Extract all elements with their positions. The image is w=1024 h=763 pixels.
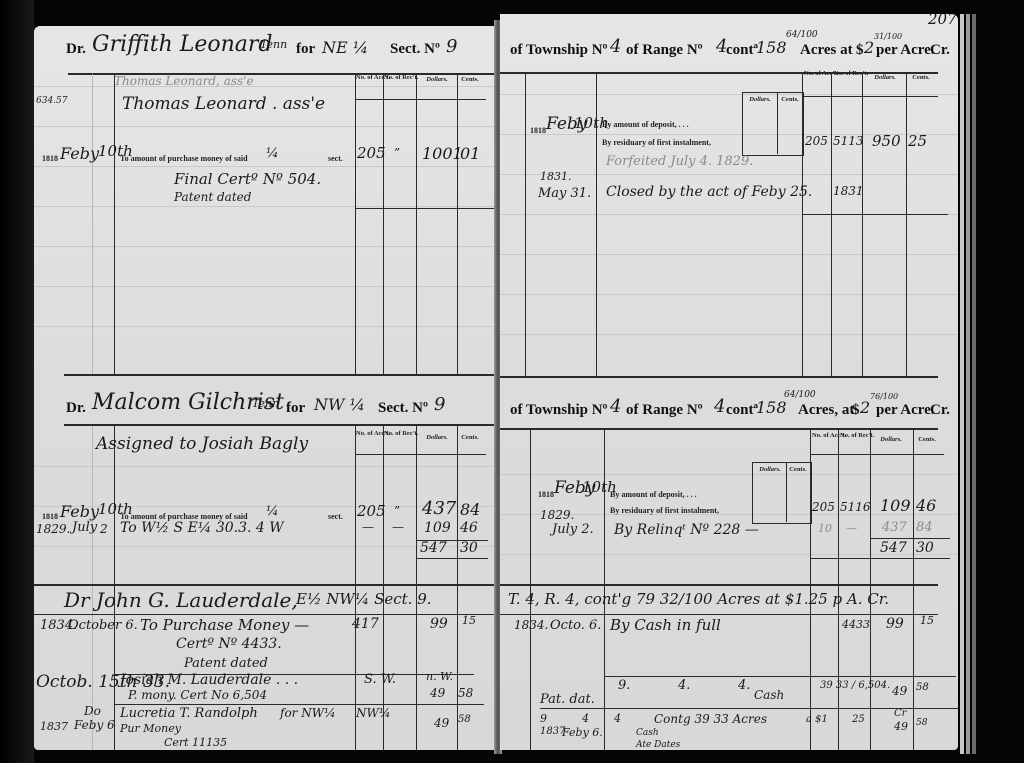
r-col-cents-header-2: Cents. xyxy=(914,436,940,444)
price-whole: 2 xyxy=(864,38,874,57)
entry5-right-text: Contg 39 33 Acres xyxy=(654,712,767,726)
credit2-cents: 46 xyxy=(916,496,936,515)
r-col-rect-header: No. of Rec't. xyxy=(834,70,862,78)
acres-at-label-2: Acres, at xyxy=(798,402,854,419)
debit2b-acct: — xyxy=(362,520,374,534)
entry-section: 9 xyxy=(446,36,457,57)
debit-acct: 205 xyxy=(357,144,386,162)
township-label: of Township Nº xyxy=(510,42,608,59)
range-value-2: 4 xyxy=(714,396,725,417)
entry4-right-t: 4. xyxy=(678,678,690,693)
book-shadow xyxy=(0,0,34,763)
entry4-quarter: S. W. xyxy=(364,672,396,687)
entry5-year: 1837 xyxy=(40,720,68,733)
debit-dollars: 1001 xyxy=(422,144,463,163)
price-frac-2: 76/100 xyxy=(870,392,898,401)
entry4-name: Josiah M. Lauderdale . . . xyxy=(120,672,298,688)
debit3-acct: 417 xyxy=(352,616,379,632)
entry-name: Griffith Leonard xyxy=(92,32,273,57)
r-col-cents-header: Cents. xyxy=(908,74,934,82)
credit2-total-dollars: 547 xyxy=(880,540,907,556)
debit2-total-cents: 30 xyxy=(460,540,478,556)
entry5-right-dollars: 49 xyxy=(894,720,908,733)
page-edge xyxy=(966,14,970,754)
for-label: for xyxy=(296,41,315,58)
entry4-dollars: 49 xyxy=(430,686,445,700)
entry5-for: for NW¼ xyxy=(280,706,336,720)
township-value: 4 xyxy=(610,36,621,57)
debit2-fraction: ¼ xyxy=(266,504,279,519)
cont-label-2: contª xyxy=(726,402,758,419)
debit2b-cents: 46 xyxy=(460,520,478,536)
entry5-right-r: 4 xyxy=(614,712,621,725)
entry4-line2: P. mony. Cert No 6,504 xyxy=(128,688,267,702)
page-edge xyxy=(972,14,976,754)
debit2-month: Feby xyxy=(60,502,99,521)
cr-label-2: Cr. xyxy=(930,402,950,419)
entry5-quarter: NW¼ xyxy=(356,706,390,720)
entry5-right-rate-cents: 25 xyxy=(852,714,865,725)
entry-quarter: NE ¼ xyxy=(322,38,368,57)
assignee-2: Assigned to Josiah Bagly xyxy=(96,434,308,454)
closed-rect: 1831 xyxy=(833,184,864,198)
entry4-right-cents: 58 xyxy=(916,682,929,693)
credit2-dollars: 109 xyxy=(880,496,911,515)
entry4-right-dollars: 49 xyxy=(892,684,907,698)
cr-label: Cr. xyxy=(930,42,950,59)
col-rect-header-2: No. of Rec't. xyxy=(384,430,412,438)
r-col-dollars-header-2: Dollars. xyxy=(872,436,910,444)
acres-whole-2: 158 xyxy=(756,398,787,417)
debit3-text: To Purchase Money — xyxy=(140,616,309,634)
debit3-cents: 15 xyxy=(462,614,476,627)
entry5-line3: Cert 11135 xyxy=(164,736,227,749)
closed-year: 1831. xyxy=(540,170,572,183)
box-dollars-header: Dollars. xyxy=(744,96,776,104)
col-acct-header-2: No. of Acc't. xyxy=(356,430,382,438)
debit2-cents: 84 xyxy=(460,500,480,519)
entry5-right-cash: Cash xyxy=(636,728,659,738)
debit2-rect: ” xyxy=(394,504,400,518)
dr-label: Dr. xyxy=(66,41,86,58)
relinq-dollars: 437 xyxy=(882,520,907,535)
entry4-right-sect: 9. xyxy=(618,678,630,693)
township-value-2: 4 xyxy=(610,396,621,417)
r-col-rect-header-2: No. of Rec't. xyxy=(840,432,868,440)
credit-acct: 205 xyxy=(805,134,828,148)
credit3-text: By Cash in full xyxy=(610,616,721,634)
credit3-cents: 15 xyxy=(920,614,934,627)
by-deposit-label: By amount of deposit, . . . xyxy=(602,120,689,129)
debit2b-rect: — xyxy=(392,520,404,534)
sect-label-2: Sect. Nº xyxy=(378,400,428,417)
col-cents-header-2: Cents. xyxy=(458,434,482,442)
entry5-name: Lucretia T. Randolph xyxy=(120,706,258,721)
debit2-dollars: 437 xyxy=(422,498,456,519)
entry5-right-prefix: Cr xyxy=(894,708,906,719)
r-col-dollars-header: Dollars. xyxy=(866,74,904,82)
faint-assignee: Thomas Leonard, ass'e xyxy=(114,74,254,88)
range-label-2: of Range Nº xyxy=(626,402,703,419)
entry-name-3: Dr John G. Lauderdale, xyxy=(64,588,298,612)
col-acct-header: No. of Acc't. xyxy=(356,74,382,82)
debit2b-day: 2 xyxy=(100,522,108,536)
entry4-right-pat: Pat. dat. xyxy=(540,692,595,707)
entry4-right-r: 4. xyxy=(738,678,750,693)
entry5-cents: 58 xyxy=(458,714,471,725)
by-residuary-label: By residuary of first instalment, xyxy=(602,138,711,147)
box-cents-header-2: Cents. xyxy=(787,466,809,474)
credit3-dollars: 99 xyxy=(886,616,904,632)
entry4-cents: 58 xyxy=(458,686,473,700)
debit2-year: 1818 xyxy=(42,512,58,521)
debit2-acct: 205 xyxy=(357,502,386,520)
side-note: 634.57 xyxy=(36,96,68,106)
entry5-right-rate: a $1 xyxy=(806,714,828,725)
price-frac: 31/100 xyxy=(874,32,902,41)
relinq-text: By Relinqᵗ Nº 228 — xyxy=(614,522,759,538)
credit-year: 1818 xyxy=(530,126,546,135)
closed-text: Closed by the act of Feby 25. xyxy=(606,184,812,200)
debit2-total-dollars: 547 xyxy=(420,540,447,556)
entry5-date: Feby 6 xyxy=(74,718,115,732)
relinq-date: July 2. xyxy=(552,522,594,537)
dollar-sign-2: $ xyxy=(852,402,860,419)
ledger-page-right: 207 of Township Nº 4 of Range Nº 4 contª… xyxy=(500,14,958,750)
debit-cents: 01 xyxy=(460,144,480,163)
page-number: 207 xyxy=(928,14,957,28)
entry-quarter-2: NW ¼ xyxy=(314,395,365,414)
entry5-line2: Pur Money xyxy=(120,722,181,735)
entry5-dollars: 49 xyxy=(434,716,449,730)
sect-short-label-2: sect. xyxy=(328,512,343,521)
box-cents-header: Cents. xyxy=(778,96,802,104)
per-acre-label-2: per Acre. xyxy=(876,402,935,419)
r-col-acct-header-2: No. of Acc't. xyxy=(812,432,838,440)
acres-frac: 64/100 xyxy=(786,30,818,40)
debit2b-year: 1829. xyxy=(36,522,70,536)
debit-note-cert: Final Certº Nº 504. xyxy=(174,170,321,188)
credit3-header: T. 4, R. 4, cont'g 79 32/100 Acres at $1… xyxy=(508,590,889,608)
entry-residence: Tenn xyxy=(260,38,287,51)
ledger-page-left: Dr. Griffith Leonard Tenn for NE ¼ Sect.… xyxy=(34,26,496,750)
assignee: Thomas Leonard . ass'e xyxy=(122,94,325,114)
r-col-acct-header: No. of Acc't. xyxy=(804,70,830,78)
debit2b-month: July xyxy=(72,520,97,535)
acres-whole: 158 xyxy=(756,38,787,57)
debit-note-patent: Patent dated xyxy=(174,190,251,204)
debit2b-text: To W½ S E¼ 30.3. 4 W xyxy=(120,520,284,536)
entry5-right-extra: Ate Dates xyxy=(636,740,680,750)
price-whole-2: 2 xyxy=(860,398,870,417)
credit3-date: Octo. 6. xyxy=(550,618,601,633)
credit-dollars: 950 xyxy=(872,132,901,150)
debit-rect: ” xyxy=(394,146,400,160)
col-cents-header: Cents. xyxy=(458,76,482,84)
col-rect-header: No. of Rec't. xyxy=(384,74,412,82)
page-edge xyxy=(960,14,964,754)
relinq-rect: — xyxy=(846,522,857,535)
debit-year: 1818 xyxy=(42,154,58,163)
credit2-year: 1818 xyxy=(538,490,554,499)
entry-section-2: 9 xyxy=(434,394,445,415)
entry-residence-2: Tenn xyxy=(252,397,279,410)
cont-label: contª xyxy=(726,42,758,59)
relinq-cents: 84 xyxy=(916,520,933,535)
debit2b-dollars: 109 xyxy=(424,520,451,536)
sect-short-label: sect. xyxy=(328,154,343,163)
by-residuary-label-2: By residuary of first instalment, xyxy=(610,506,719,515)
col-dollars-header-2: Dollars. xyxy=(418,434,456,442)
entry5-prefix: Do xyxy=(84,704,101,718)
debit-fraction: ¼ xyxy=(266,146,279,161)
sect-label: Sect. Nº xyxy=(390,41,440,58)
township-label-2: of Township Nº xyxy=(510,402,608,419)
by-deposit-label-2: By amount of deposit, . . . xyxy=(610,490,697,499)
entry-quarter-3: E½ NW¼ Sect. 9. xyxy=(296,590,432,608)
credit2-total-cents: 30 xyxy=(916,540,934,556)
closed-date: May 31. xyxy=(538,186,591,201)
entry4-right-cash: Cash xyxy=(754,688,784,702)
relinq-acct: 10 xyxy=(818,522,832,535)
per-acre-label: per Acre. xyxy=(876,42,935,59)
entry5-right-sect: 9 xyxy=(540,712,547,725)
entry4-right-acct: 39 33 / 6,504. xyxy=(820,680,890,691)
col-dollars-header: Dollars. xyxy=(418,76,456,84)
debit-month: Feby xyxy=(60,144,99,163)
dollar-sign: $ xyxy=(856,42,864,59)
debit3-note-patent: Patent dated xyxy=(184,656,268,671)
credit-cents: 25 xyxy=(908,132,927,150)
dr-label-2: Dr. xyxy=(66,400,86,417)
credit2-acct: 205 xyxy=(812,500,835,514)
entry5-right-cents: 58 xyxy=(916,718,927,728)
debit3-date: October 6. xyxy=(68,618,138,633)
purchase-label: To amount of purchase money of said xyxy=(120,154,248,163)
credit2-rect: 5116 xyxy=(840,500,871,514)
for-label-2: for xyxy=(286,400,305,417)
credit3-acct: 4433 xyxy=(842,618,870,631)
credit-rect: 5113 xyxy=(833,134,864,148)
entry5-right-t: 4 xyxy=(582,712,589,725)
debit3-note-cert: Certº Nº 4433. xyxy=(176,636,282,652)
credit3-year: 1834. xyxy=(514,618,548,632)
debit3-dollars: 99 xyxy=(430,616,448,632)
entry4-ref: n. W. xyxy=(426,670,453,683)
acres-frac-2: 64/100 xyxy=(784,390,816,400)
acres-at-label: Acres at xyxy=(800,42,853,59)
relinq-year: 1829. xyxy=(540,508,574,522)
range-label: of Range Nº xyxy=(626,42,703,59)
entry5-right-date: Feby 6. xyxy=(562,726,603,739)
box-dollars-header-2: Dollars. xyxy=(754,466,786,474)
forfeited-note: Forfeited July 4. 1829. xyxy=(606,154,753,169)
